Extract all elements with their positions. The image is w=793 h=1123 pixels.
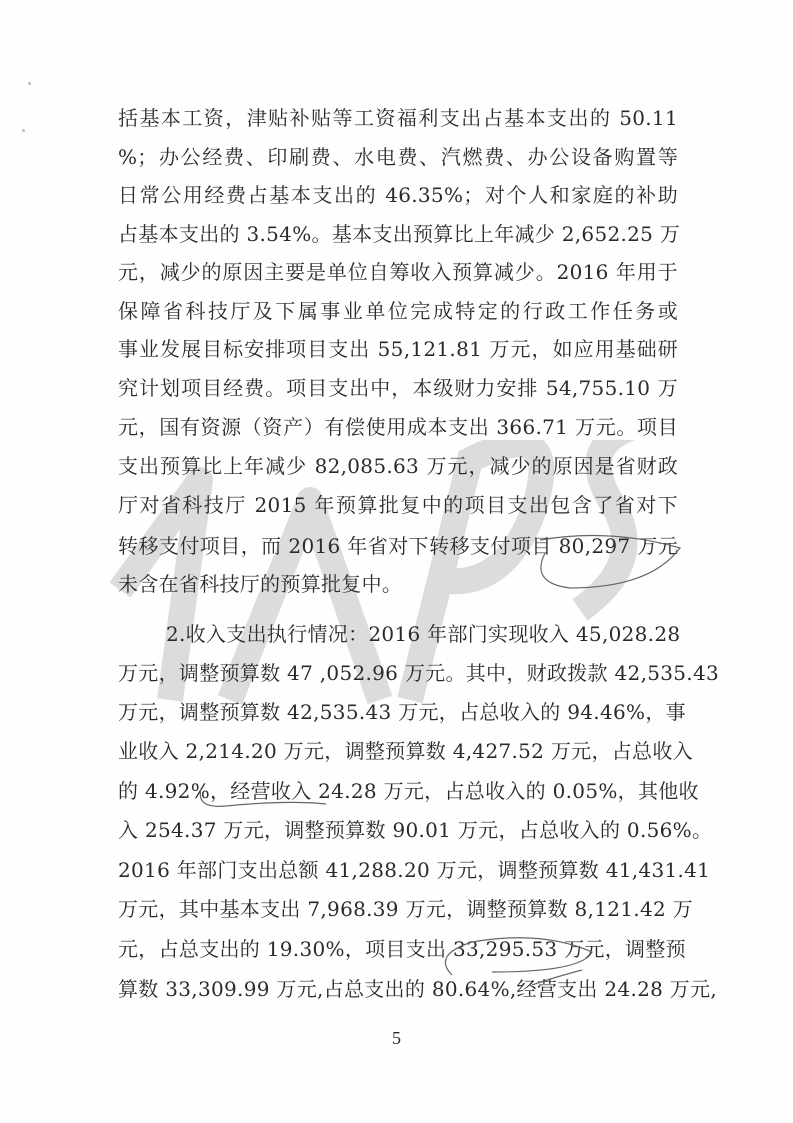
text-line: 占基本支出的 3.54%。基本支出预算比上年减少 2,652.25 万: [118, 218, 678, 250]
text-line: 万元，其中基本支出 7,968.39 万元，调整预算数 8,121.42 万: [118, 893, 678, 925]
text-line: 2.收入支出执行情况：2016 年部门实现收入 45,028.28: [166, 618, 678, 650]
text-line: 算数 33,309.99 万元,占总支出的 80.64%,经营支出 24.28 …: [118, 973, 678, 1005]
scan-mark: [28, 82, 31, 85]
page-number: 5: [0, 1028, 793, 1049]
text-line: 元，占总支出的 19.30%，项目支出 33,295.53 万元，调整预: [118, 933, 678, 965]
text-line: 元，国有资源（资产）有偿使用成本支出 366.71 万元。项目: [118, 411, 678, 443]
text-line: 转移支付项目，而 2016 年省对下转移支付项目 80,297 万元: [118, 530, 678, 562]
text-line: 入 254.37 万元，调整预算数 90.01 万元，占总收入的 0.56%。: [118, 814, 678, 846]
text-line: 厅对省科技厅 2015 年预算批复中的项目支出包含了省对下: [118, 489, 678, 521]
scan-mark: [22, 129, 25, 132]
text-line: 括基本工资，津贴补贴等工资福利支出占基本支出的 50.11: [118, 102, 678, 134]
text-line: 日常公用经费占基本支出的 46.35%；对个人和家庭的补助: [118, 179, 678, 211]
text-line: 支出预算比上年减少 82,085.63 万元，减少的原因是省财政: [118, 450, 678, 482]
text-line: 2016 年部门支出总额 41,288.20 万元，调整预算数 41,431.4…: [118, 854, 678, 886]
text-line: 究计划项目经费。项目支出中，本级财力安排 54,755.10 万: [118, 372, 678, 404]
text-line: 元，减少的原因主要是单位自筹收入预算减少。2016 年用于: [118, 256, 678, 288]
text-line: 的 4.92%，经营收入 24.28 万元，占总收入的 0.05%，其他收: [118, 775, 678, 807]
text-line: 未含在省科技厅的预算批复中。: [118, 568, 678, 600]
text-line: 保障省科技厅及下属事业单位完成特定的行政工作任务或: [118, 295, 678, 327]
text-line: 业收入 2,214.20 万元，调整预算数 4,427.52 万元，占总收入: [118, 735, 678, 767]
text-line: 万元，调整预算数 47 ,052.96 万元。其中，财政拨款 42,535.43: [118, 657, 678, 689]
text-line: 万元，调整预算数 42,535.43 万元，占总收入的 94.46%，事: [118, 696, 678, 728]
text-line: 事业发展目标安排项目支出 55,121.81 万元，如应用基础研: [118, 333, 678, 365]
text-line: %；办公经费、印刷费、水电费、汽燃费、办公设备购置等: [118, 141, 678, 173]
